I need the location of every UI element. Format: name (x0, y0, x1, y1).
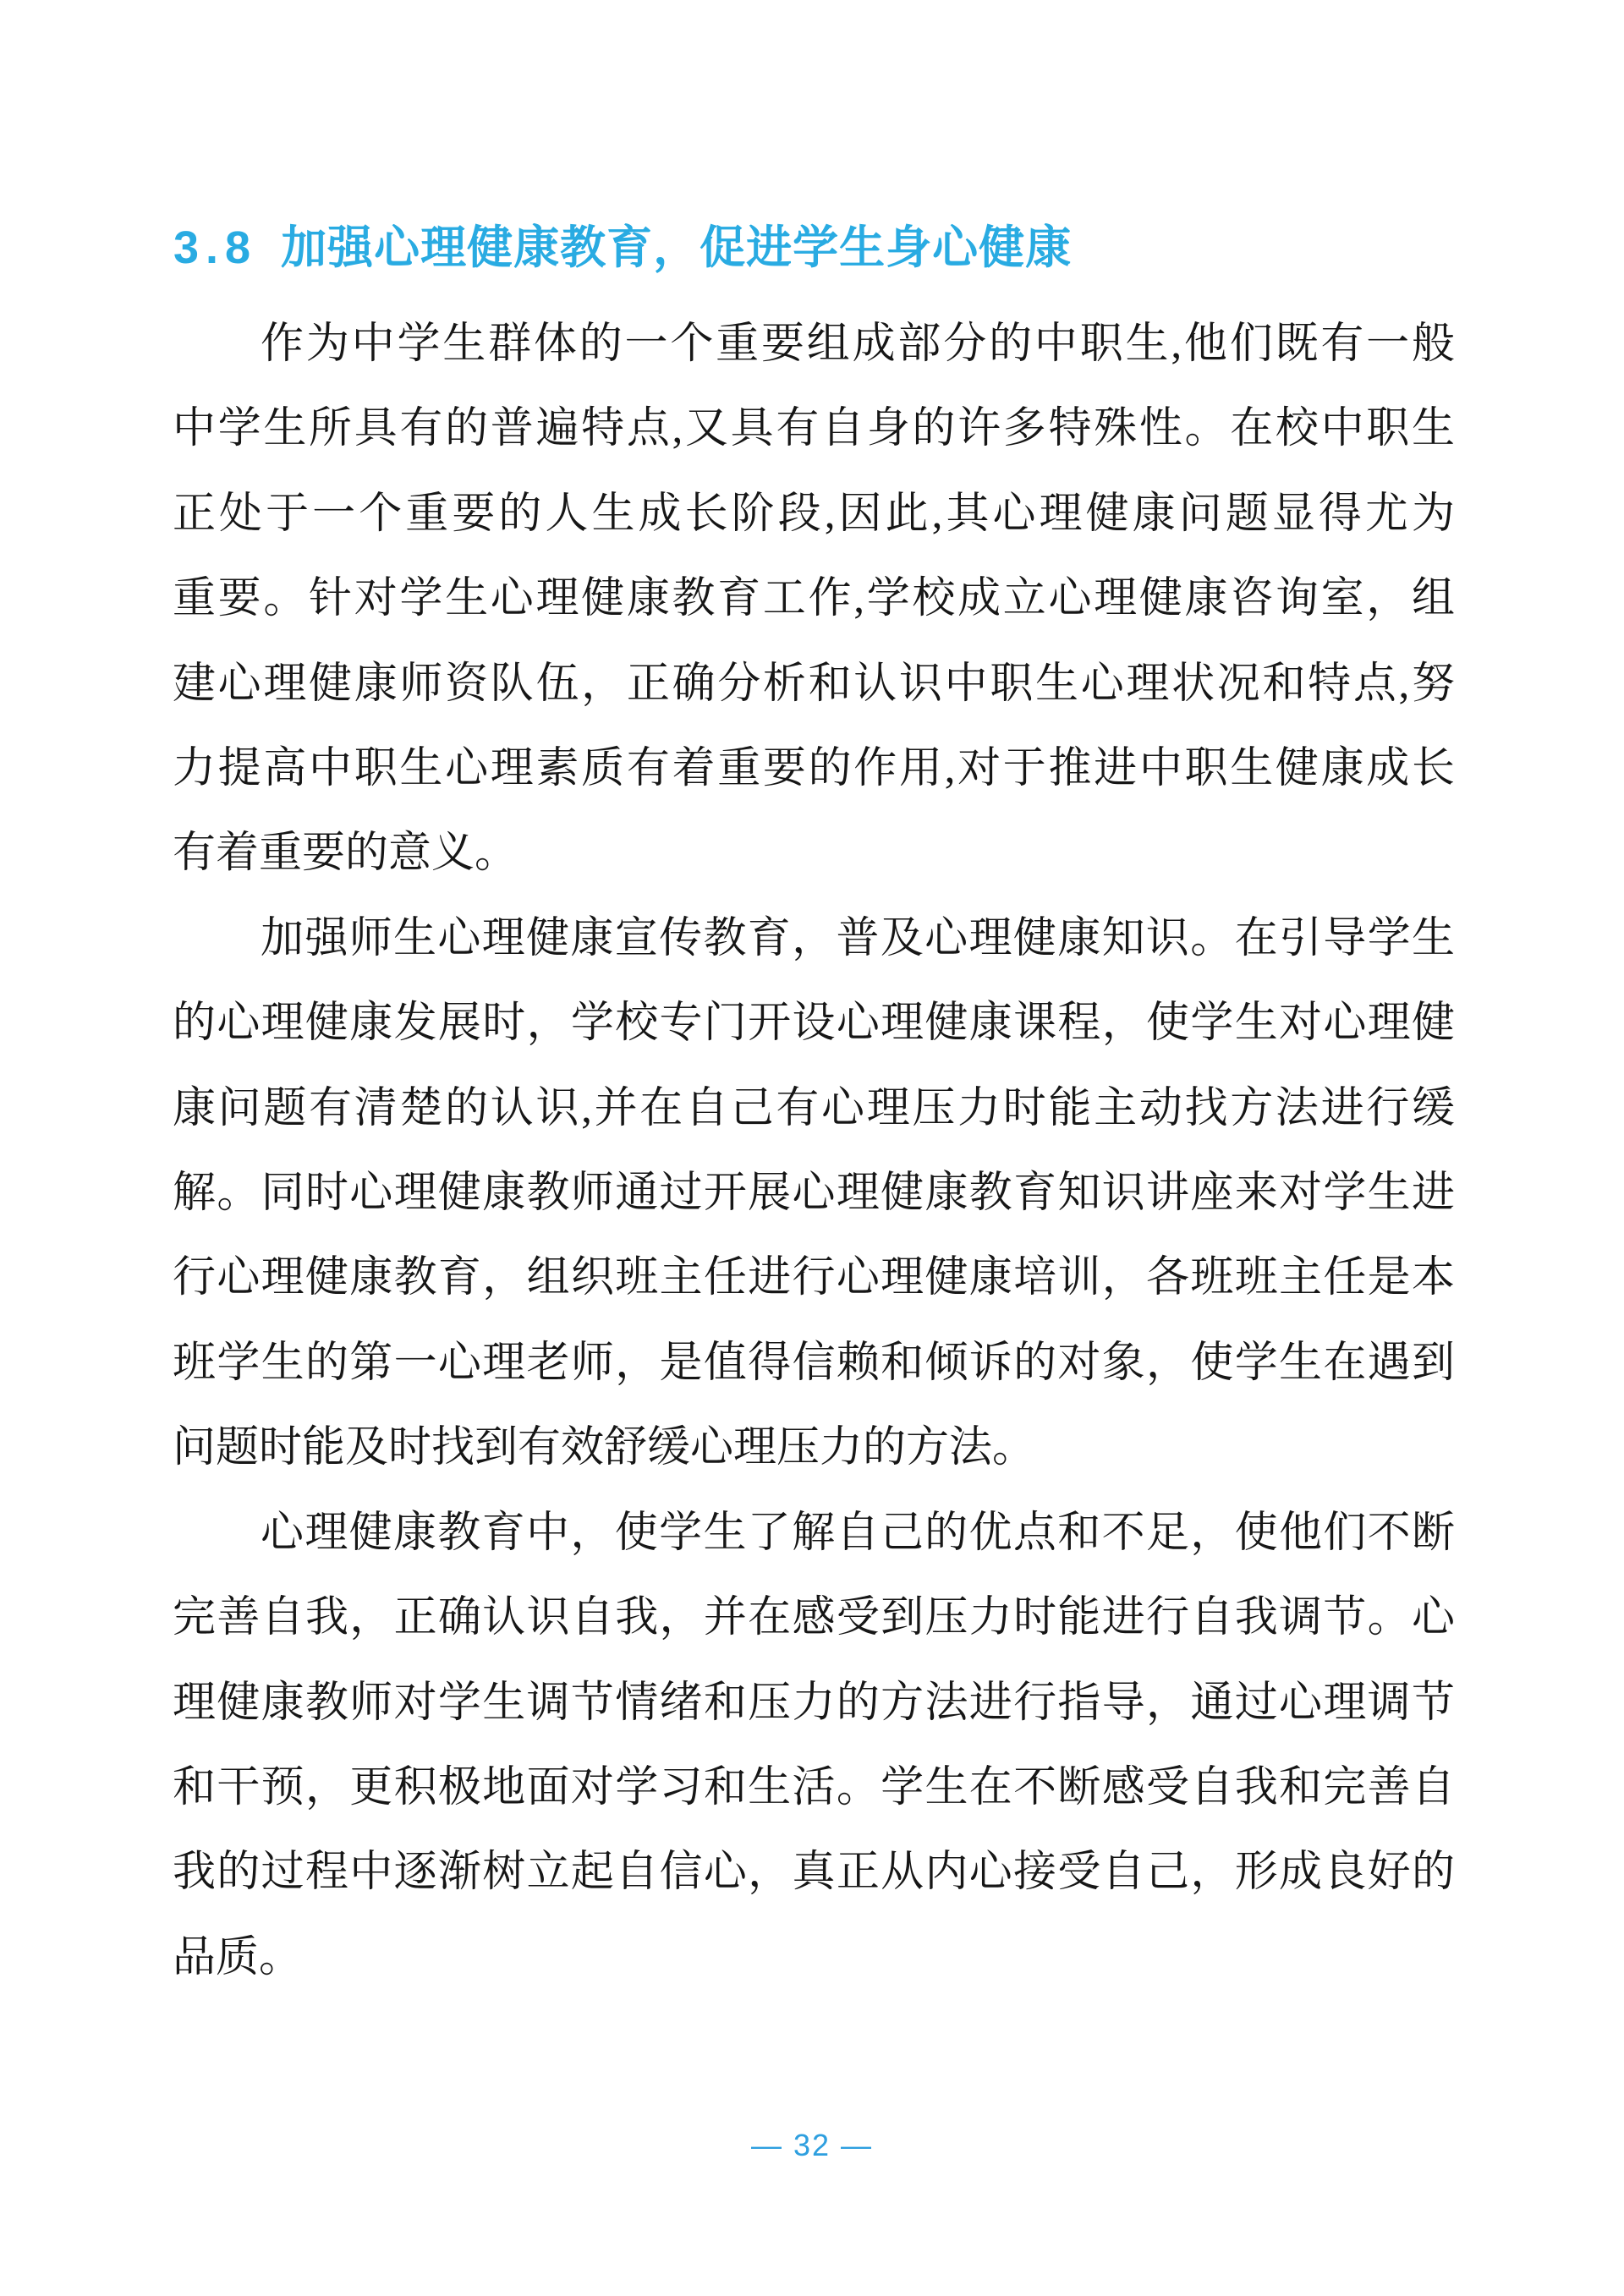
text-line: 的心理健康发展时，学校专门开设心理健康课程，使学生对心理健 (173, 981, 1455, 1066)
text-line: 和干预，更积极地面对学习和生活。学生在不断感受自我和完善自 (173, 1745, 1455, 1830)
section-title: 加强心理健康教育，促进学生身心健康 (281, 222, 1072, 273)
text-line: 力提高中职生心理素质有着重要的作用,对于推进中职生健康成长 (173, 726, 1455, 811)
text-line: 品质。 (173, 1915, 1455, 2000)
page-footer: — 32 — (0, 2128, 1624, 2163)
text-line: 建心理健康师资队伍，正确分析和认识中职生心理状况和特点,努 (173, 642, 1455, 726)
text-line: 重要。针对学生心理健康教育工作,学校成立心理健康咨询室，组 (173, 556, 1455, 641)
text-line: 有着重要的意义。 (173, 811, 1455, 896)
text-line: 理健康教师对学生调节情绪和压力的方法进行指导，通过心理调节 (173, 1661, 1455, 1745)
section-number: 3.8 (173, 222, 257, 273)
text-line: 我的过程中逐渐树立起自信心，真正从内心接受自己，形成良好的 (173, 1830, 1455, 1915)
paragraph-2: 加强师生心理健康宣传教育，普及心理健康知识。在引导学生 的心理健康发展时，学校专… (173, 896, 1455, 1491)
section-heading: 3.8加强心理健康教育，促进学生身心健康 (173, 220, 1072, 276)
document-page: 3.8加强心理健康教育，促进学生身心健康 作为中学生群体的一个重要组成部分的中职… (0, 0, 1624, 2296)
text-line: 正处于一个重要的人生成长阶段,因此,其心理健康问题显得尤为 (173, 472, 1455, 556)
text-line: 中学生所具有的普遍特点,又具有自身的许多特殊性。在校中职生 (173, 386, 1455, 471)
text-line: 加强师生心理健康宣传教育，普及心理健康知识。在引导学生 (173, 896, 1455, 981)
paragraph-3: 心理健康教育中，使学生了解自己的优点和不足，使他们不断 完善自我，正确认识自我，… (173, 1491, 1455, 2000)
document-body: 作为中学生群体的一个重要组成部分的中职生,他们既有一般 中学生所具有的普遍特点,… (173, 302, 1455, 2000)
text-line: 康问题有清楚的认识,并在自己有心理压力时能主动找方法进行缓 (173, 1066, 1455, 1151)
text-line: 班学生的第一心理老师，是值得信赖和倾诉的对象，使学生在遇到 (173, 1321, 1455, 1406)
text-line: 解。同时心理健康教师通过开展心理健康教育知识讲座来对学生进 (173, 1151, 1455, 1236)
paragraph-1: 作为中学生群体的一个重要组成部分的中职生,他们既有一般 中学生所具有的普遍特点,… (173, 302, 1455, 896)
text-line: 问题时能及时找到有效舒缓心理压力的方法。 (173, 1406, 1455, 1490)
page-number: — 32 — (751, 2128, 873, 2162)
text-line: 完善自我，正确认识自我，并在感受到压力时能进行自我调节。心 (173, 1575, 1455, 1660)
text-line: 心理健康教育中，使学生了解自己的优点和不足，使他们不断 (173, 1491, 1455, 1575)
text-line: 作为中学生群体的一个重要组成部分的中职生,他们既有一般 (173, 302, 1455, 386)
text-line: 行心理健康教育，组织班主任进行心理健康培训，各班班主任是本 (173, 1236, 1455, 1320)
